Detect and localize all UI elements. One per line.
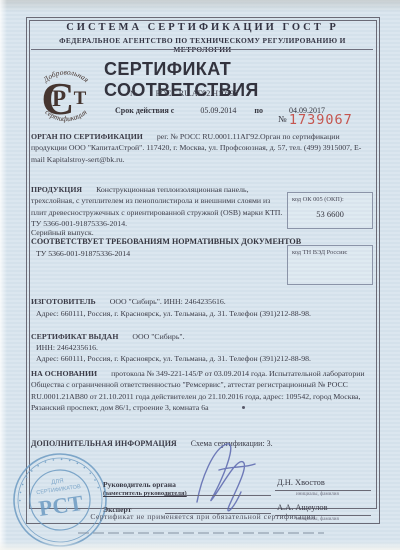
product-serial-note: Серийный выпуск. <box>31 228 94 237</box>
issued-to-name: ООО "Сибирь". <box>132 332 184 341</box>
scan-artifact-top <box>0 0 400 12</box>
additional-info-label: ДОПОЛНИТЕЛЬНАЯ ИНФОРМАЦИЯ <box>31 439 177 448</box>
compliance-label: СООТВЕТСТВУЕТ ТРЕБОВАНИЯМ НОРМАТИВНЫХ ДО… <box>31 237 301 246</box>
manufacturer-label: ИЗГОТОВИТЕЛЬ <box>31 297 96 306</box>
registration-number-row: №РОСС RU.АГ92.Н10598 <box>130 89 238 98</box>
certification-stamp: • • • • • • • • • • • • • • • ДЛЯ СЕРТИФ… <box>6 450 110 550</box>
reg-number-label: № <box>130 89 138 98</box>
okp-code-label: код ОК 005 (ОКП): <box>292 196 368 203</box>
system-title: СИСТЕМА СЕРТИФИКАЦИИ ГОСТ Р <box>30 22 375 33</box>
head-signature-line <box>165 495 271 496</box>
restriction-note: Сертификат не применяется при обязательн… <box>30 512 376 521</box>
issued-to-address: Адрес: 660111, Россия, г. Красноярск, ул… <box>36 353 311 364</box>
logo-letter-r: Р <box>52 86 66 111</box>
compliance-text: ТУ 5366-001-91875336-2014 <box>36 249 130 258</box>
validity-label: Срок действия с <box>115 106 174 115</box>
logo-letter-t: Т <box>74 88 87 109</box>
header-divider <box>31 49 373 50</box>
reg-number-value: РОСС RU.АГ92.Н10598 <box>156 89 238 98</box>
issued-to-label: СЕРТИФИКАТ ВЫДАН <box>31 332 118 341</box>
manufacturer-name: ООО "Сибирь". ИНН: 2464235616. <box>110 297 226 306</box>
agency-name: ФЕДЕРАЛЬНОЕ АГЕНТСТВО ПО ТЕХНИЧЕСКОМУ РЕ… <box>30 36 375 54</box>
head-signature-label: Руководитель органа <box>103 480 176 489</box>
certificate-document: СИСТЕМА СЕРТИФИКАЦИИ ГОСТ Р ФЕДЕРАЛЬНОЕ … <box>0 0 400 550</box>
issued-to-inn: ИНН: 2464235616. <box>36 342 98 353</box>
serial-number-value: 1739067 <box>289 112 353 128</box>
rst-logo: Добровольная сертификация С Р Т <box>28 56 104 134</box>
expert-name: А.А. Ащеулов <box>277 503 328 512</box>
okp-code-box: код ОК 005 (ОКП): 53 6600 <box>287 192 373 229</box>
manufacturer-row: ИЗГОТОВИТЕЛЬООО "Сибирь". ИНН: 246423561… <box>31 296 226 307</box>
head-name-line <box>275 490 371 491</box>
validity-to-label: по <box>254 106 263 115</box>
blank-serial-row: № 1739067 <box>278 112 353 128</box>
head-name: Д.Н. Хвостов <box>277 478 325 487</box>
certification-body-section: ОРГАН ПО СЕРТИФИКАЦИИрег. № РОСС RU.0001… <box>31 131 373 165</box>
certification-body-label: ОРГАН ПО СЕРТИФИКАЦИИ <box>31 132 143 141</box>
signature-ink <box>183 440 275 522</box>
manufacturer-address: Адрес: 660111, Россия, г. Красноярск, ул… <box>36 308 311 319</box>
head-name-hint: инициалы, фамилия <box>296 492 339 497</box>
valid-from-date: 05.09.2014 <box>200 106 236 115</box>
tnved-code-label: код ТН ВЭД России: <box>292 249 368 256</box>
okp-code-value: 53 6600 <box>292 209 368 219</box>
serial-number-label: № <box>278 114 287 124</box>
basis-label: НА ОСНОВАНИИ <box>31 369 97 378</box>
issued-to-row: СЕРТИФИКАТ ВЫДАНООО "Сибирь". <box>31 331 185 342</box>
basis-section: НА ОСНОВАНИИпротокола № 349-221-145/Р от… <box>31 368 375 414</box>
stamp-line1: ДЛЯ <box>51 478 64 486</box>
tnved-code-box: код ТН ВЭД России: <box>287 245 373 285</box>
product-section: ПРОДУКЦИЯКонструкционная теплоизоляционн… <box>31 184 283 230</box>
scan-artifact-bottom <box>0 541 400 550</box>
product-label: ПРОДУКЦИЯ <box>31 185 82 194</box>
fine-print-line <box>78 532 324 534</box>
ink-dot-artifact <box>242 406 245 409</box>
